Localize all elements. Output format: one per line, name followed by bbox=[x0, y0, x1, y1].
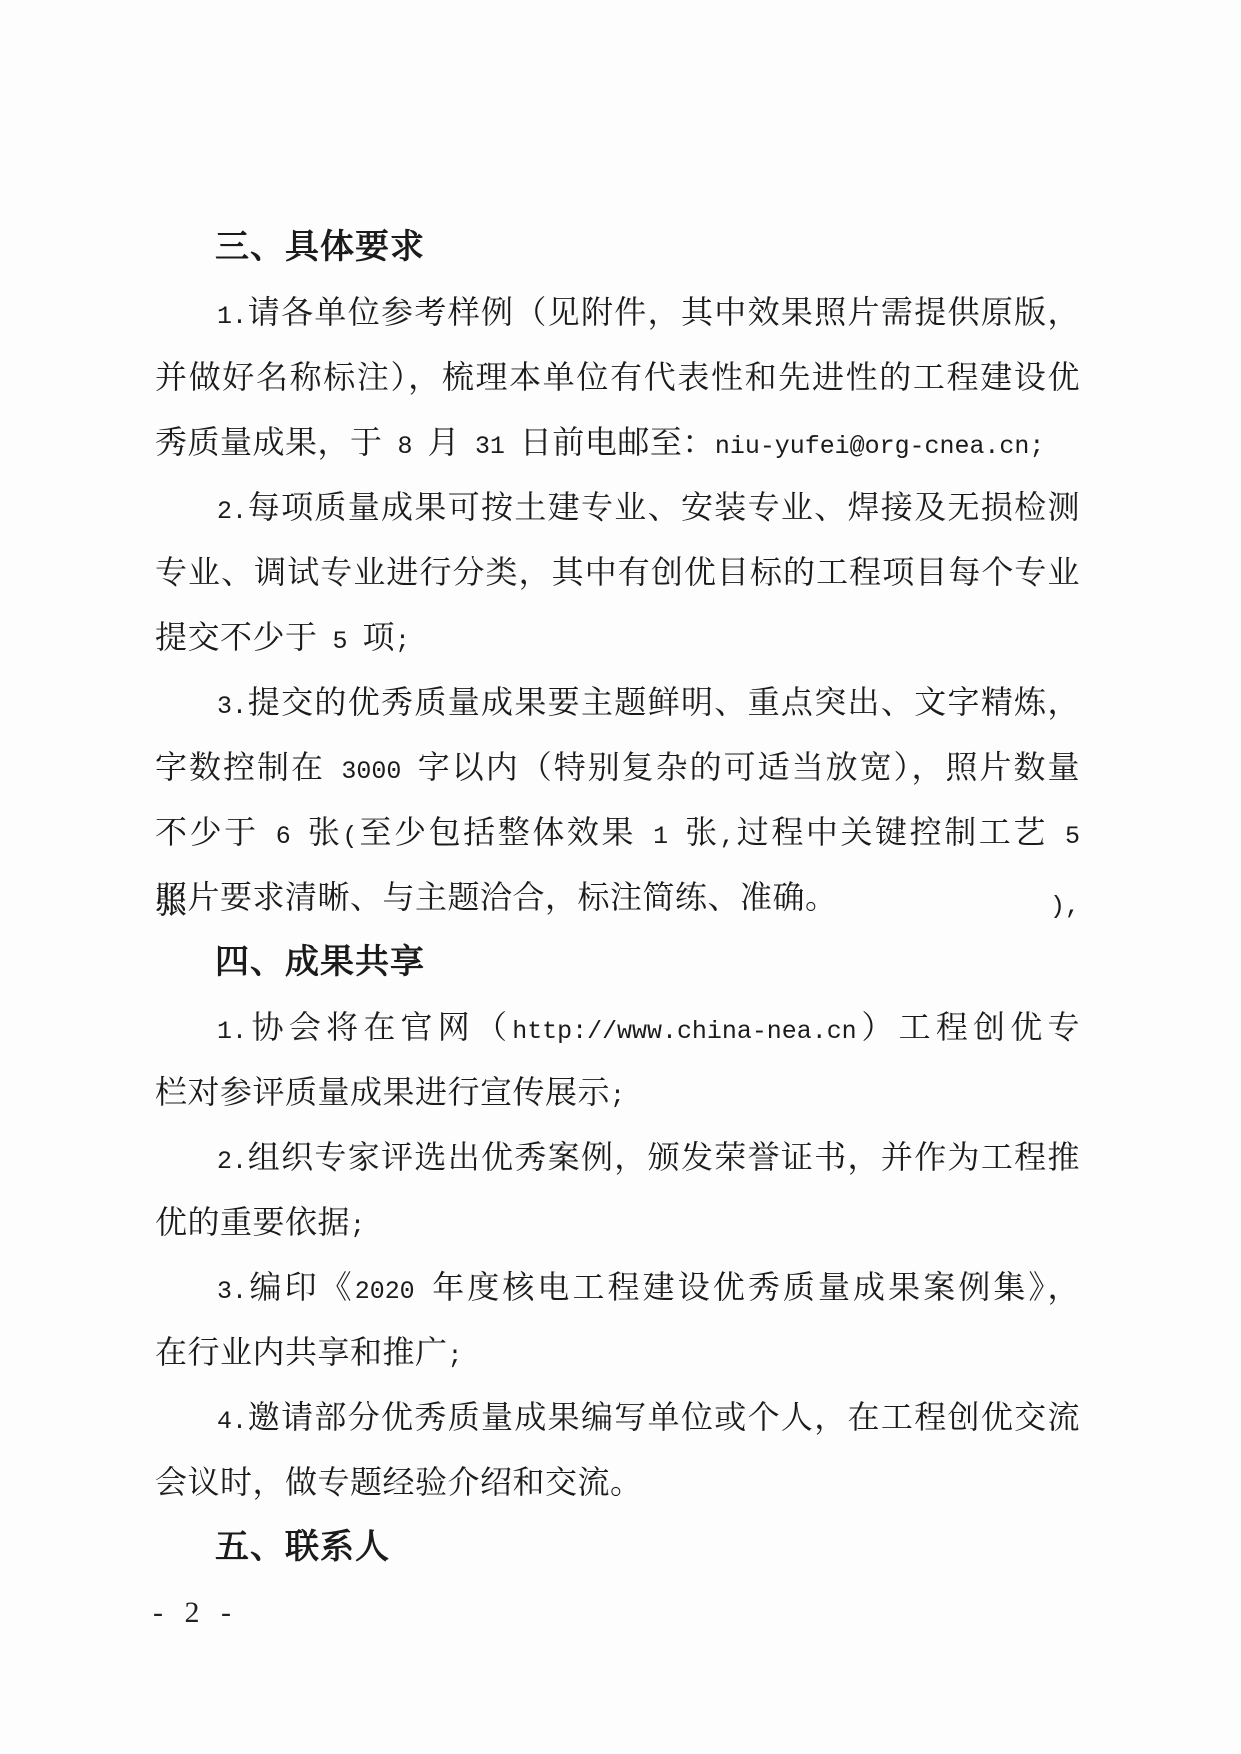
text-line: 栏对参评质量成果进行宣传展示; bbox=[155, 1060, 1080, 1125]
text-line: 优的重要依据; bbox=[155, 1190, 1080, 1255]
text-line: 2.每项质量成果可按土建专业、安装专业、焊接及无损检测 bbox=[155, 475, 1080, 540]
latin-text: 3. bbox=[217, 693, 247, 721]
latin-text: 5 bbox=[318, 628, 363, 656]
text-line: 1.请各单位参考样例（见附件，其中效果照片需提供原版， bbox=[155, 280, 1080, 345]
text-line: 1.协会将在官网（http://www.china-nea.cn）工程创优专 bbox=[155, 995, 1080, 1060]
latin-text: ), bbox=[1050, 893, 1080, 921]
text-line: 2.组织专家评选出优秀案例，颁发荣誉证书，并作为工程推 bbox=[155, 1125, 1080, 1190]
paragraph: 3.编印《2020 年度核电工程建设优秀质量成果案例集》，在行业内共享和推广; bbox=[155, 1255, 1080, 1385]
latin-text: http://www.china-nea.cn bbox=[512, 1018, 856, 1046]
text-line: 字数控制在 3000 字以内（特别复杂的可适当放宽），照片数量 bbox=[155, 735, 1080, 800]
text-line: 3.编印《2020 年度核电工程建设优秀质量成果案例集》， bbox=[155, 1255, 1080, 1320]
paragraph: 4.邀请部分优秀质量成果编写单位或个人，在工程创优交流会议时，做专题经验介绍和交… bbox=[155, 1385, 1080, 1515]
document-page: 三、具体要求1.请各单位参考样例（见附件，其中效果照片需提供原版，并做好名称标注… bbox=[0, 0, 1241, 1754]
text-line: 在行业内共享和推广; bbox=[155, 1320, 1080, 1385]
latin-text: 5 bbox=[1048, 823, 1080, 851]
section-heading: 三、具体要求 bbox=[155, 215, 1080, 280]
latin-text: 2. bbox=[217, 498, 247, 526]
latin-text: 3000 bbox=[325, 758, 418, 786]
latin-text: 31 bbox=[460, 433, 520, 461]
text-line: 专业、调试专业进行分类，其中有创优目标的工程项目每个专业 bbox=[155, 540, 1080, 605]
paragraph: 1.协会将在官网（http://www.china-nea.cn）工程创优专栏对… bbox=[155, 995, 1080, 1125]
latin-text: 1. bbox=[217, 1018, 247, 1046]
text-line: 并做好名称标注），梳理本单位有代表性和先进性的工程建设优 bbox=[155, 345, 1080, 410]
text-line: 会议时，做专题经验介绍和交流。 bbox=[155, 1450, 1080, 1515]
latin-text: 4. bbox=[217, 1408, 247, 1436]
paragraph: 2.每项质量成果可按土建专业、安装专业、焊接及无损检测专业、调试专业进行分类，其… bbox=[155, 475, 1080, 670]
text-line: 秀质量成果，于 8 月 31 日前电邮至：niu-yufei@org-cnea.… bbox=[155, 410, 1080, 475]
latin-text: 2020 bbox=[355, 1278, 432, 1306]
latin-text: ; bbox=[448, 1343, 463, 1371]
paragraph: 2.组织专家评选出优秀案例，颁发荣誉证书，并作为工程推优的重要依据; bbox=[155, 1125, 1080, 1255]
latin-text: ( bbox=[342, 823, 357, 851]
latin-text: ; bbox=[350, 1213, 365, 1241]
latin-text: 1 bbox=[636, 823, 685, 851]
latin-text: 6 bbox=[259, 823, 308, 851]
page-number: - 2 - bbox=[153, 1596, 238, 1630]
latin-text: , bbox=[720, 823, 735, 851]
section-heading: 五、联系人 bbox=[155, 1515, 1080, 1580]
text-line: 不少于 6 张(至少包括整体效果 1 张,过程中关键控制工艺 5 张), bbox=[155, 800, 1080, 865]
section-heading: 四、成果共享 bbox=[155, 930, 1080, 995]
text-line: 提交不少于 5 项; bbox=[155, 605, 1080, 670]
latin-text: 3. bbox=[217, 1278, 247, 1306]
text-line: 4.邀请部分优秀质量成果编写单位或个人，在工程创优交流 bbox=[155, 1385, 1080, 1450]
text-line: 3.提交的优秀质量成果要主题鲜明、重点突出、文字精炼， bbox=[155, 670, 1080, 735]
latin-text: ; bbox=[395, 628, 410, 656]
latin-text: ; bbox=[610, 1083, 625, 1111]
paragraph: 3.提交的优秀质量成果要主题鲜明、重点突出、文字精炼，字数控制在 3000 字以… bbox=[155, 670, 1080, 930]
document-body: 三、具体要求1.请各单位参考样例（见附件，其中效果照片需提供原版，并做好名称标注… bbox=[155, 215, 1080, 1580]
latin-text: 1. bbox=[217, 303, 247, 331]
latin-text: niu-yufei@org-cnea.cn; bbox=[715, 433, 1044, 461]
latin-text: 8 bbox=[383, 433, 428, 461]
latin-text: 2. bbox=[217, 1148, 247, 1176]
paragraph: 1.请各单位参考样例（见附件，其中效果照片需提供原版，并做好名称标注），梳理本单… bbox=[155, 280, 1080, 475]
